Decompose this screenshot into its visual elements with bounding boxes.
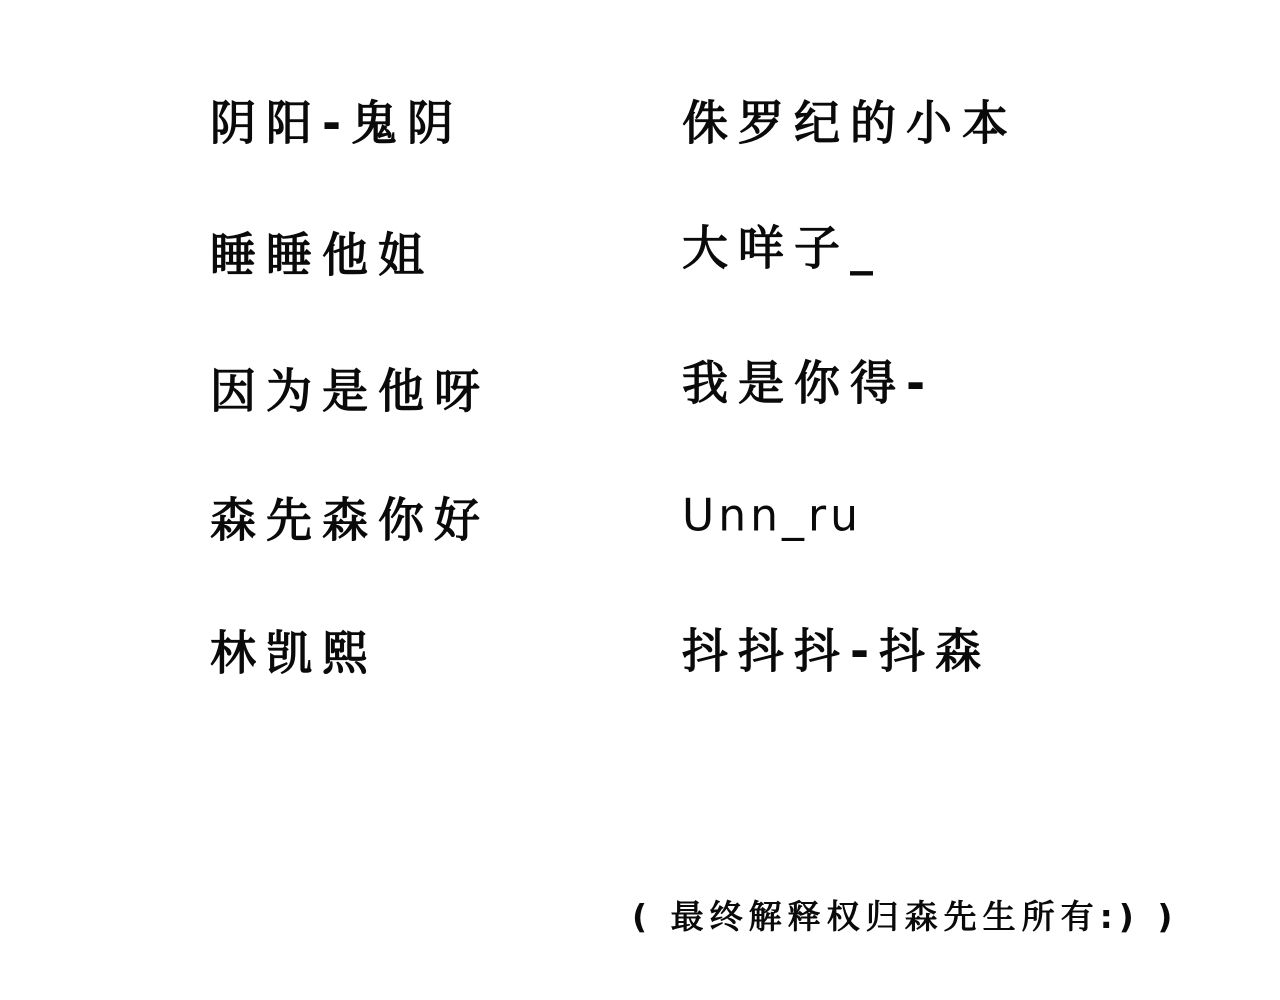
name-entry: 因为是他呀	[210, 368, 490, 415]
name-entry: 睡睡他姐	[210, 232, 434, 279]
name-entry: 侏罗纪的小本	[682, 100, 1018, 147]
name-entry: 阴阳-鬼阴	[210, 100, 463, 147]
name-entry: Unn_ru	[682, 494, 862, 539]
footer-note: ( 最终解释权归森先生所有:) )	[632, 900, 1178, 933]
name-entry: 大咩子_	[682, 225, 883, 272]
name-entry: 抖抖抖-抖森	[682, 628, 991, 675]
name-entry: 我是你得-	[682, 360, 935, 407]
name-entry: 林凯熙	[210, 630, 378, 677]
name-entry: 森先森你好	[210, 497, 490, 544]
